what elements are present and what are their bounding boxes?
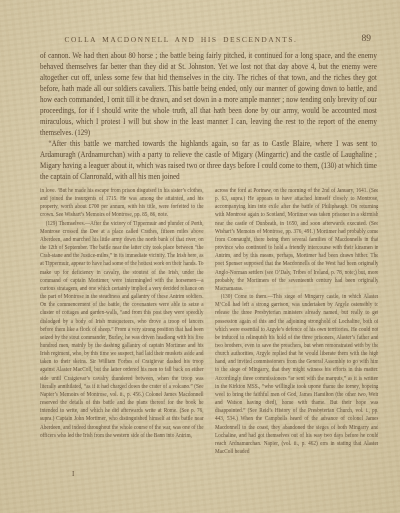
running-title: COLLA MACDONNELL AND HIS DESCENDANTS. — [40, 35, 377, 44]
page-number: 89 — [362, 34, 372, 44]
book-page-scan: COLLA MACDONNELL AND HIS DESCENDANTS. 89… — [0, 0, 400, 513]
footnote-130: (130) Come to them.—This siege of Mingar… — [215, 293, 379, 456]
footnote-column-left: in love. ‘But he made his escape from pr… — [40, 187, 204, 471]
body-paragraph-quote: “After this battle we marched towards th… — [40, 138, 377, 182]
footnote-continuation: in love. ‘But he made his escape from pr… — [40, 187, 204, 220]
main-text-block: of cannon. We had then about 80 horse ; … — [40, 50, 377, 187]
footnote-column-right-content: across the ford at Portnaw, on the morni… — [215, 187, 379, 456]
footnotes-section: in love. ‘But he made his escape from pr… — [40, 187, 378, 471]
page-header: COLLA MACDONNELL AND HIS DESCENDANTS. 89 — [40, 35, 377, 47]
footnote-column-left-content: in love. ‘But he made his escape from pr… — [40, 187, 204, 440]
printer-signature-mark: I — [72, 470, 74, 478]
main-text-content: of cannon. We had then about 80 horse ; … — [40, 50, 377, 182]
body-paragraph-continuation: of cannon. We had then about 80 horse ; … — [40, 50, 377, 138]
footnote-column-right: across the ford at Portnaw, on the morni… — [215, 187, 379, 471]
footnote-129: (129) Themselves.—After the victory of T… — [40, 220, 204, 440]
footnote-129-continuation: across the ford at Portnaw, on the morni… — [215, 187, 379, 293]
